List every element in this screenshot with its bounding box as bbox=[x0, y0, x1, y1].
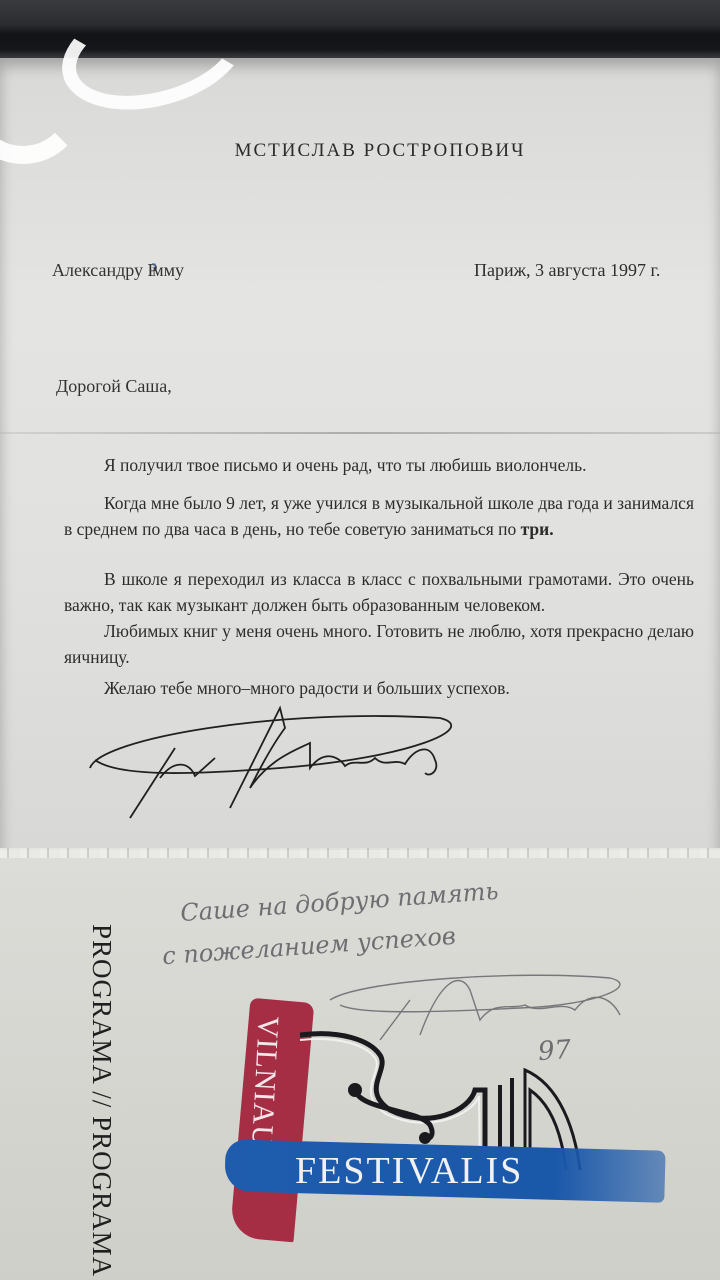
handwritten-correction: э bbox=[152, 259, 157, 271]
addressee-text: Александру Р bbox=[52, 260, 158, 280]
letter-sheet: МСТИСЛАВ РОСТРОПОВИЧ Александру Рэмму Па… bbox=[0, 58, 720, 858]
program-vertical-title: PROGRAMA // PROGRAMA bbox=[86, 924, 117, 1277]
addressee-text: мму bbox=[152, 260, 184, 280]
torn-edge bbox=[0, 848, 720, 858]
paragraph-text: Когда мне было 9 лет, я уже учился в муз… bbox=[64, 493, 694, 539]
logo-horizontal-text: FESTIVALIS bbox=[295, 1149, 523, 1193]
signature-icon bbox=[80, 688, 460, 828]
letterhead-sender-name: МСТИСЛАВ РОСТРОПОВИЧ bbox=[0, 140, 720, 162]
paragraph: Когда мне было 9 лет, я уже учился в муз… bbox=[64, 490, 694, 542]
place-and-date: Париж, 3 августа 1997 г. bbox=[474, 260, 660, 281]
paragraph: В школе я переходил из класса в класс с … bbox=[64, 566, 694, 618]
paragraph: Любимых книг у меня очень много. Готовит… bbox=[64, 618, 694, 670]
addressee: Александру Рэмму bbox=[52, 260, 184, 281]
salutation: Дорогой Саша, bbox=[56, 376, 172, 397]
paper-fold bbox=[0, 432, 720, 434]
emphasized-word: три. bbox=[521, 519, 554, 539]
paragraph: Я получил твое письмо и очень рад, что т… bbox=[64, 452, 694, 478]
